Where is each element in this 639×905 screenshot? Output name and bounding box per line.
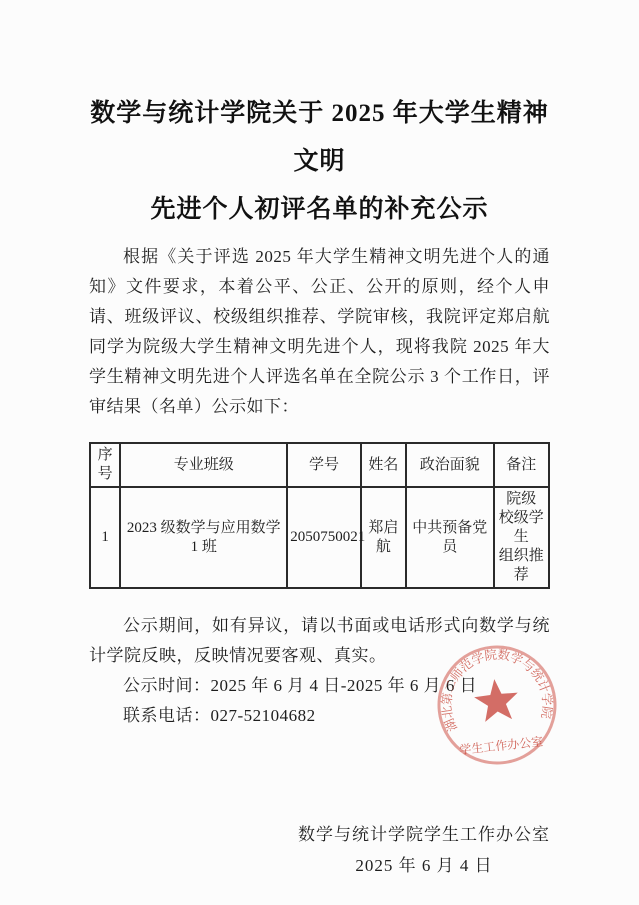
document-title: 数学与统计学院关于 2025 年大学生精神文明 先进个人初评名单的补充公示 <box>89 90 550 234</box>
signature-office: 数学与统计学院学生工作办公室 <box>298 819 550 850</box>
contact-phone-line: 联系电话：027-52104682 <box>89 701 550 731</box>
title-line-1: 数学与统计学院关于 2025 年大学生精神文明 <box>90 100 549 175</box>
cell-pol: 中共预备党员 <box>406 487 494 588</box>
header-seq: 序号 <box>90 443 120 487</box>
table-row: 1 2023 级数学与应用数学 1 班 2050750021 郑启航 中共预备党… <box>90 487 549 588</box>
header-class: 专业班级 <box>120 443 287 487</box>
document-content: 数学与统计学院关于 2025 年大学生精神文明 先进个人初评名单的补充公示 根据… <box>0 90 639 881</box>
signature-date: 2025 年 6 月 4 日 <box>298 850 550 881</box>
title-line-2: 先进个人初评名单的补充公示 <box>150 196 488 223</box>
table-header-row: 序号 专业班级 学号 姓名 政治面貌 备注 <box>90 443 549 487</box>
evaluation-table: 序号 专业班级 学号 姓名 政治面貌 备注 1 2023 级数学与应用数学 1 … <box>89 442 550 589</box>
cell-seq: 1 <box>90 487 120 588</box>
cell-sid: 2050750021 <box>287 487 360 588</box>
header-sid: 学号 <box>287 443 360 487</box>
header-pol: 政治面貌 <box>406 443 494 487</box>
header-name: 姓名 <box>361 443 406 487</box>
publicity-time-line: 公示时间：2025 年 6 月 4 日-2025 年 6 月 6 日 <box>89 671 550 701</box>
cell-class: 2023 级数学与应用数学 1 班 <box>120 487 287 588</box>
header-remark: 备注 <box>494 443 549 487</box>
cell-remark: 院级 校级学生 组织推荐 <box>494 487 549 588</box>
cell-name: 郑启航 <box>361 487 406 588</box>
body-paragraph-2: 公示期间，如有异议，请以书面或电话形式向数学与统计学院反映，反映情况要客观、真实… <box>89 611 550 671</box>
document-page: 数学与统计学院关于 2025 年大学生精神文明 先进个人初评名单的补充公示 根据… <box>0 0 639 905</box>
body-paragraph-1: 根据《关于评选 2025 年大学生精神文明先进个人的通知》文件要求，本着公平、公… <box>89 242 550 422</box>
signature-block: 数学与统计学院学生工作办公室 2025 年 6 月 4 日 <box>298 819 550 881</box>
